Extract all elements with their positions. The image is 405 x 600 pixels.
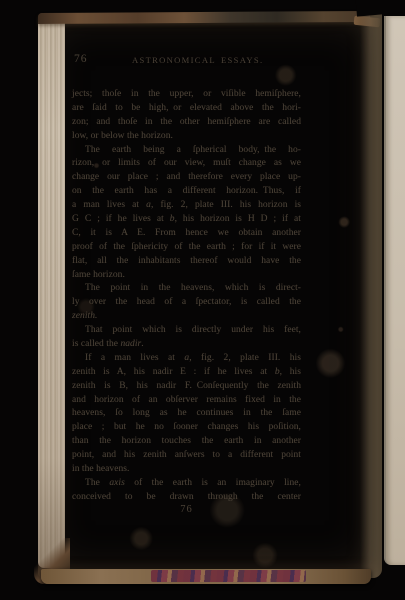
text-segment: low, or below the horizon. xyxy=(72,131,173,141)
text-segment: . xyxy=(141,339,143,349)
italic-text-segment: zenith. xyxy=(72,311,97,321)
text-segment: ly over the head of a ſpectator, is call… xyxy=(72,297,301,307)
text-line: are ſaid to be high, or elevated above t… xyxy=(72,102,301,116)
text-segment: and horizon of an obſerver remains fixed… xyxy=(72,395,301,405)
italic-text-segment: nadir xyxy=(120,339,141,349)
text-segment: of the earth is an imaginary line, xyxy=(125,478,301,488)
text-line: The point in the heavens, which is direc… xyxy=(72,282,301,296)
text-line: heavens, ſo long as he continues in the … xyxy=(72,407,301,421)
text-segment: zon; and thoſe in the other hemiſphere a… xyxy=(72,117,301,127)
text-line: change our place ; and therefore every p… xyxy=(72,171,301,185)
photo-background: 76 ASTRONOMICAL ESSAYS. jects; thoſe in … xyxy=(0,0,405,600)
text-line: C, it is A E. From hence we obtain anoth… xyxy=(72,227,301,241)
text-segment: place ; but he no ſooner changes his poſ… xyxy=(72,422,301,432)
text-segment: , his horizon is H D ; if at xyxy=(175,214,301,224)
text-segment: heavens, ſo long as he continues in the … xyxy=(72,408,301,418)
text-line: zenith is B, his nadir F. Conſequently t… xyxy=(72,380,301,394)
text-line: If a man lives at a, fig. 2, plate III. … xyxy=(72,352,301,366)
text-segment: ſame horizon. xyxy=(72,270,125,280)
text-segment: , fig. 2, plate III. his xyxy=(189,353,301,363)
text-segment: The earth being a ſpherical body, the ho… xyxy=(85,145,301,155)
text-line: zon; and thoſe in the other hemiſphere a… xyxy=(72,116,301,130)
text-segment: C, it is A E. From hence we obtain anoth… xyxy=(72,228,301,238)
text-segment: If a man lives at xyxy=(85,353,184,363)
text-line: jects; thoſe in the upper, or viſible he… xyxy=(72,88,301,102)
text-line: G C ; if he lives at b, his horizon is H… xyxy=(72,213,301,227)
text-segment: G C ; if he lives at xyxy=(72,214,170,224)
text-line: ly over the head of a ſpectator, is call… xyxy=(72,296,301,310)
book-top-edge xyxy=(38,11,370,24)
text-line: a man lives at a, fig. 2, plate III. his… xyxy=(72,199,301,213)
text-line: zenith. xyxy=(72,310,301,324)
text-segment: point, and his zenith anſwers to a diffe… xyxy=(72,450,301,460)
text-line: in the heavens. xyxy=(72,463,301,477)
text-segment: than the horizon touches the earth in an… xyxy=(72,436,301,446)
text-segment: zenith is B, his nadir F. Conſequently t… xyxy=(72,381,301,391)
text-line: zenith is A, his nadir E : if he lives a… xyxy=(72,366,301,380)
text-segment: proof of the ſphericity of the earth ; f… xyxy=(72,242,301,252)
text-line: than the horizon touches the earth in an… xyxy=(72,435,301,449)
text-line: proof of the ſphericity of the earth ; f… xyxy=(72,241,301,255)
text-segment: conceived to be drawn through the center xyxy=(72,492,301,502)
text-line: The axis of the earth is an imaginary li… xyxy=(72,477,301,491)
next-page-edge xyxy=(384,16,405,565)
text-segment: change our place ; and therefore every p… xyxy=(72,172,301,182)
text-segment: rizon, or limits of our view, muſt chang… xyxy=(72,158,301,168)
text-line: rizon, or limits of our view, muſt chang… xyxy=(72,157,301,171)
text-line: ſame horizon. xyxy=(72,269,301,283)
text-line: on the earth has a different horizon. Th… xyxy=(72,185,301,199)
text-line: That point which is directly under his f… xyxy=(72,324,301,338)
text-segment: on the earth has a different horizon. Th… xyxy=(72,186,301,196)
text-line: and horizon of an obſerver remains fixed… xyxy=(72,394,301,408)
text-line: low, or below the horizon. xyxy=(72,130,301,144)
page-header: 76 ASTRONOMICAL ESSAYS. xyxy=(72,52,301,67)
printed-page-content: 76 ASTRONOMICAL ESSAYS. jects; thoſe in … xyxy=(72,52,301,516)
text-line: place ; but he no ſooner changes his poſ… xyxy=(72,421,301,435)
text-segment: , his xyxy=(280,367,301,377)
text-line: flat, all the inhabitants thereof would … xyxy=(72,255,301,269)
text-segment: jects; thoſe in the upper, or viſible he… xyxy=(72,89,301,99)
text-segment: flat, all the inhabitants thereof would … xyxy=(72,256,301,266)
running-title: ASTRONOMICAL ESSAYS. xyxy=(132,55,263,65)
text-segment: in the heavens. xyxy=(72,464,129,474)
italic-text-segment: axis xyxy=(109,478,125,488)
page-number: 76 xyxy=(74,53,88,65)
marbled-edge-decoration xyxy=(151,570,306,582)
background-wedge xyxy=(355,0,405,17)
text-segment: is called the xyxy=(72,339,120,349)
text-block: jects; thoſe in the upper, or viſible he… xyxy=(72,88,301,505)
text-segment: are ſaid to be high, or elevated above t… xyxy=(72,103,301,113)
text-line: The earth being a ſpherical body, the ho… xyxy=(72,144,301,158)
left-page-edges xyxy=(38,20,65,568)
book-bottom-edge xyxy=(41,569,371,584)
text-segment: , fig. 2, plate III. his horizon is xyxy=(151,200,301,210)
text-segment: The xyxy=(85,478,109,488)
gutter-shadow xyxy=(360,13,382,578)
text-segment: zenith is A, his nadir E : if he lives a… xyxy=(72,367,275,377)
text-segment: a man lives at xyxy=(72,200,146,210)
text-segment: That point which is directly under his f… xyxy=(85,325,301,335)
text-segment: The point in the heavens, which is direc… xyxy=(85,283,301,293)
text-line: is called the nadir. xyxy=(72,338,301,352)
text-line: point, and his zenith anſwers to a diffe… xyxy=(72,449,301,463)
